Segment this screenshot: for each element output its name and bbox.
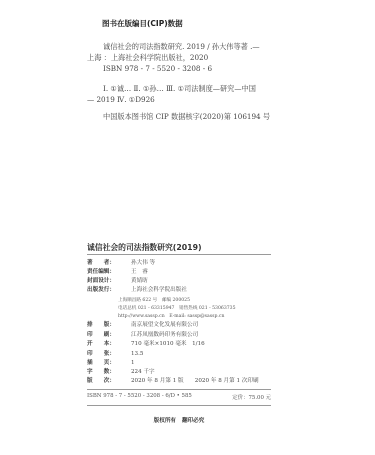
- row-value: 2020 年 8 月第 1 版 2020 年 8 月第 1 次印刷: [131, 378, 259, 384]
- cip-heading: 图书在版编目(CIP)数据: [102, 18, 183, 29]
- cip-catalog-number: 中国版本图书馆 CIP 数据核字(2020)第 106194 号: [103, 112, 270, 122]
- isbn: ISBN 978 - 7 - 5520 - 3208 - 6/D • 585: [87, 393, 192, 401]
- colophon-row-format: 开 本：710 毫米×1010 毫米 1/16: [87, 340, 205, 349]
- row-label: 字 数：: [87, 368, 131, 377]
- divider-top: [87, 254, 271, 255]
- colophon-row-printing: 印 刷：江苏凤凰数码印务有限公司: [87, 331, 198, 340]
- row-value: 江苏凤凰数码印务有限公司: [131, 332, 198, 338]
- colophon-row-editor: 责任编辑：王 睿: [87, 268, 148, 277]
- row-value: 224 千字: [131, 369, 155, 375]
- row-value: 孙大伟 等: [131, 260, 155, 266]
- book-title: 诚信社会的司法指数研究(2019): [87, 242, 202, 253]
- colophon-row-cover-design: 封面设计：黄婧昉: [87, 277, 148, 286]
- publisher-address: 上海顺昌路 622 号 邮编 200025: [118, 297, 190, 303]
- isbn-price-row: ISBN 978 - 7 - 5520 - 3208 - 6/D • 585 定…: [87, 393, 271, 401]
- row-label: 印 张：: [87, 350, 131, 359]
- colophon-row-edition: 版 次：2020 年 8 月第 1 版 2020 年 8 月第 1 次印刷: [87, 377, 259, 386]
- cip-record-line-2: 上海 ：上海社会科学院出版社，2020: [87, 53, 208, 63]
- row-label: 版 次：: [87, 377, 131, 386]
- colophon-row-publisher: 出版发行：上海社会科学院出版社: [87, 286, 187, 295]
- publisher-phone: 电话总机 021 - 63315947 销售热线 021 - 53063735: [118, 305, 236, 311]
- row-label: 著 者：: [87, 259, 131, 268]
- publisher-web-email: http://www.sassp.cn E-mail: sassp@sassp.…: [118, 313, 224, 319]
- row-label: 插 页：: [87, 359, 131, 368]
- row-value: 13.5: [131, 351, 143, 357]
- row-value: 南京展望文化发展有限公司: [131, 322, 198, 328]
- colophon-row-inserts: 插 页：1: [87, 359, 135, 368]
- row-value: 王 睿: [131, 269, 148, 275]
- cip-subject-line-1: Ⅰ. ①诚… Ⅱ. ①孙… Ⅲ. ①司法制度—研究—中国: [103, 84, 256, 94]
- cip-record-line-3: ISBN 978 - 7 - 5520 - 3208 - 6: [103, 64, 212, 74]
- colophon-row-author: 著 者：孙大伟 等: [87, 259, 155, 268]
- divider-middle: [87, 389, 271, 390]
- divider-bottom: [87, 405, 271, 406]
- row-label: 责任编辑：: [87, 268, 131, 277]
- colophon-row-typesetting: 排 版：南京展望文化发展有限公司: [87, 321, 198, 330]
- colophon-row-word-count: 字 数：224 千字: [87, 368, 155, 377]
- row-value: 上海社会科学院出版社: [131, 287, 187, 293]
- row-label: 开 本：: [87, 340, 131, 349]
- colophon-row-sheets: 印 张：13.5: [87, 350, 143, 359]
- row-value: 1: [131, 360, 135, 366]
- copyright-notice: 版权所有 翻印必究: [0, 416, 358, 424]
- cip-record-line-1: 诚信社会的司法指数研究. 2019 / 孙大伟等著 .—: [103, 42, 260, 52]
- row-label: 封面设计：: [87, 277, 131, 286]
- price: 定价：75.00 元: [232, 393, 271, 401]
- cip-subject-line-2: — 2019 Ⅳ. ①D926: [87, 95, 155, 105]
- row-value: 710 毫米×1010 毫米 1/16: [131, 341, 205, 347]
- row-label: 排 版：: [87, 321, 131, 330]
- row-value: 黄婧昉: [131, 278, 148, 284]
- row-label: 印 刷：: [87, 331, 131, 340]
- row-label: 出版发行：: [87, 286, 131, 295]
